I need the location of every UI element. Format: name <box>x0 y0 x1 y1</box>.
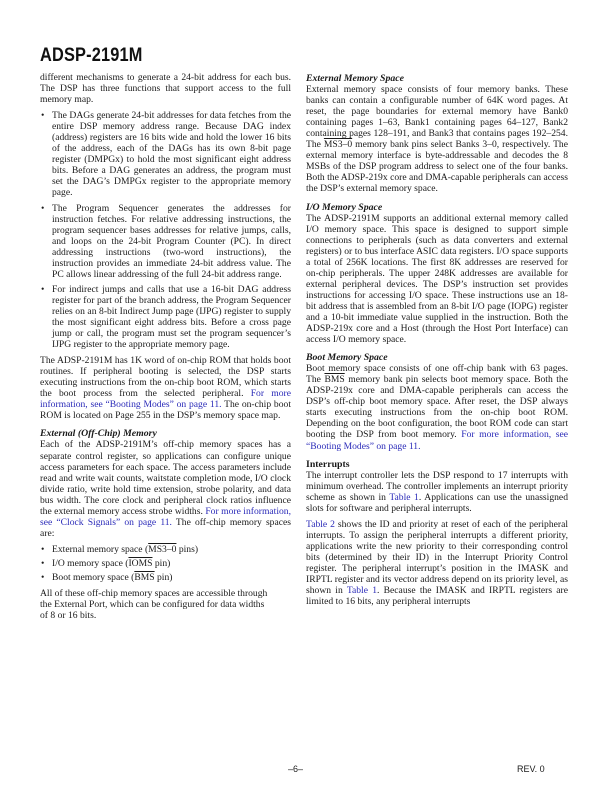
signal-name: BMS <box>134 572 154 583</box>
list-item: The Program Sequencer generates the addr… <box>40 203 291 280</box>
document-title: ADSP-2191M <box>40 45 143 67</box>
boot-rom-paragraph: The ADSP-2191M has 1K word of on-chip RO… <box>40 355 291 421</box>
table-1-link[interactable]: Table 1 <box>347 585 377 596</box>
interrupts-paragraph-2: Table 2 shows the ID and priority at res… <box>306 519 568 607</box>
signal-name: MS3–0 <box>324 139 352 150</box>
boot-memory-space-paragraph: Boot memory space consists of one off-ch… <box>306 363 568 451</box>
signal-name: IOMS <box>128 558 152 569</box>
section-heading-boot-memory-space: Boot Memory Space <box>306 352 568 363</box>
section-heading-external-memory-space: External Memory Space <box>306 73 568 84</box>
table-2-link[interactable]: Table 2 <box>306 519 335 530</box>
list-item: The DAGs generate 24-bit addresses for d… <box>40 110 291 198</box>
section-heading-io-memory-space: I/O Memory Space <box>306 202 568 213</box>
list-item: Boot memory space (BMS pin) <box>40 572 291 583</box>
left-column: different mechanisms to generate a 24-bi… <box>40 72 291 626</box>
list-item: For indirect jumps and calls that use a … <box>40 284 291 350</box>
list-item: External memory space (MS3–0 pins) <box>40 544 291 555</box>
table-1-link[interactable]: Table 1 <box>389 492 419 503</box>
list-item: I/O memory space (IOMS pin) <box>40 558 291 569</box>
off-chip-spaces-list: External memory space (MS3–0 pins) I/O m… <box>40 544 291 583</box>
intro-paragraph: different mechanisms to generate a 24-bi… <box>40 72 291 105</box>
external-memory-paragraph: Each of the ADSP-2191M’s off-chip memory… <box>40 439 291 538</box>
section-heading-interrupts: Interrupts <box>306 459 568 470</box>
memory-access-functions-list: The DAGs generate 24-bit addresses for d… <box>40 110 291 350</box>
signal-name: MS3–0 <box>148 544 176 555</box>
right-column: External Memory Space External memory sp… <box>306 73 568 612</box>
closing-paragraph: All of these off-chip memory spaces are … <box>40 588 272 621</box>
revision-label: REV. 0 <box>517 764 545 774</box>
section-heading-external-off-chip-memory: External (Off-Chip) Memory <box>40 428 291 439</box>
signal-name: BMS <box>324 374 344 385</box>
external-memory-space-paragraph: External memory space consists of four m… <box>306 84 568 194</box>
io-memory-space-paragraph: The ADSP-2191M supports an additional ex… <box>306 213 568 346</box>
page-number: –6– <box>288 764 303 774</box>
interrupts-paragraph-1: The interrupt controller lets the DSP re… <box>306 470 568 514</box>
